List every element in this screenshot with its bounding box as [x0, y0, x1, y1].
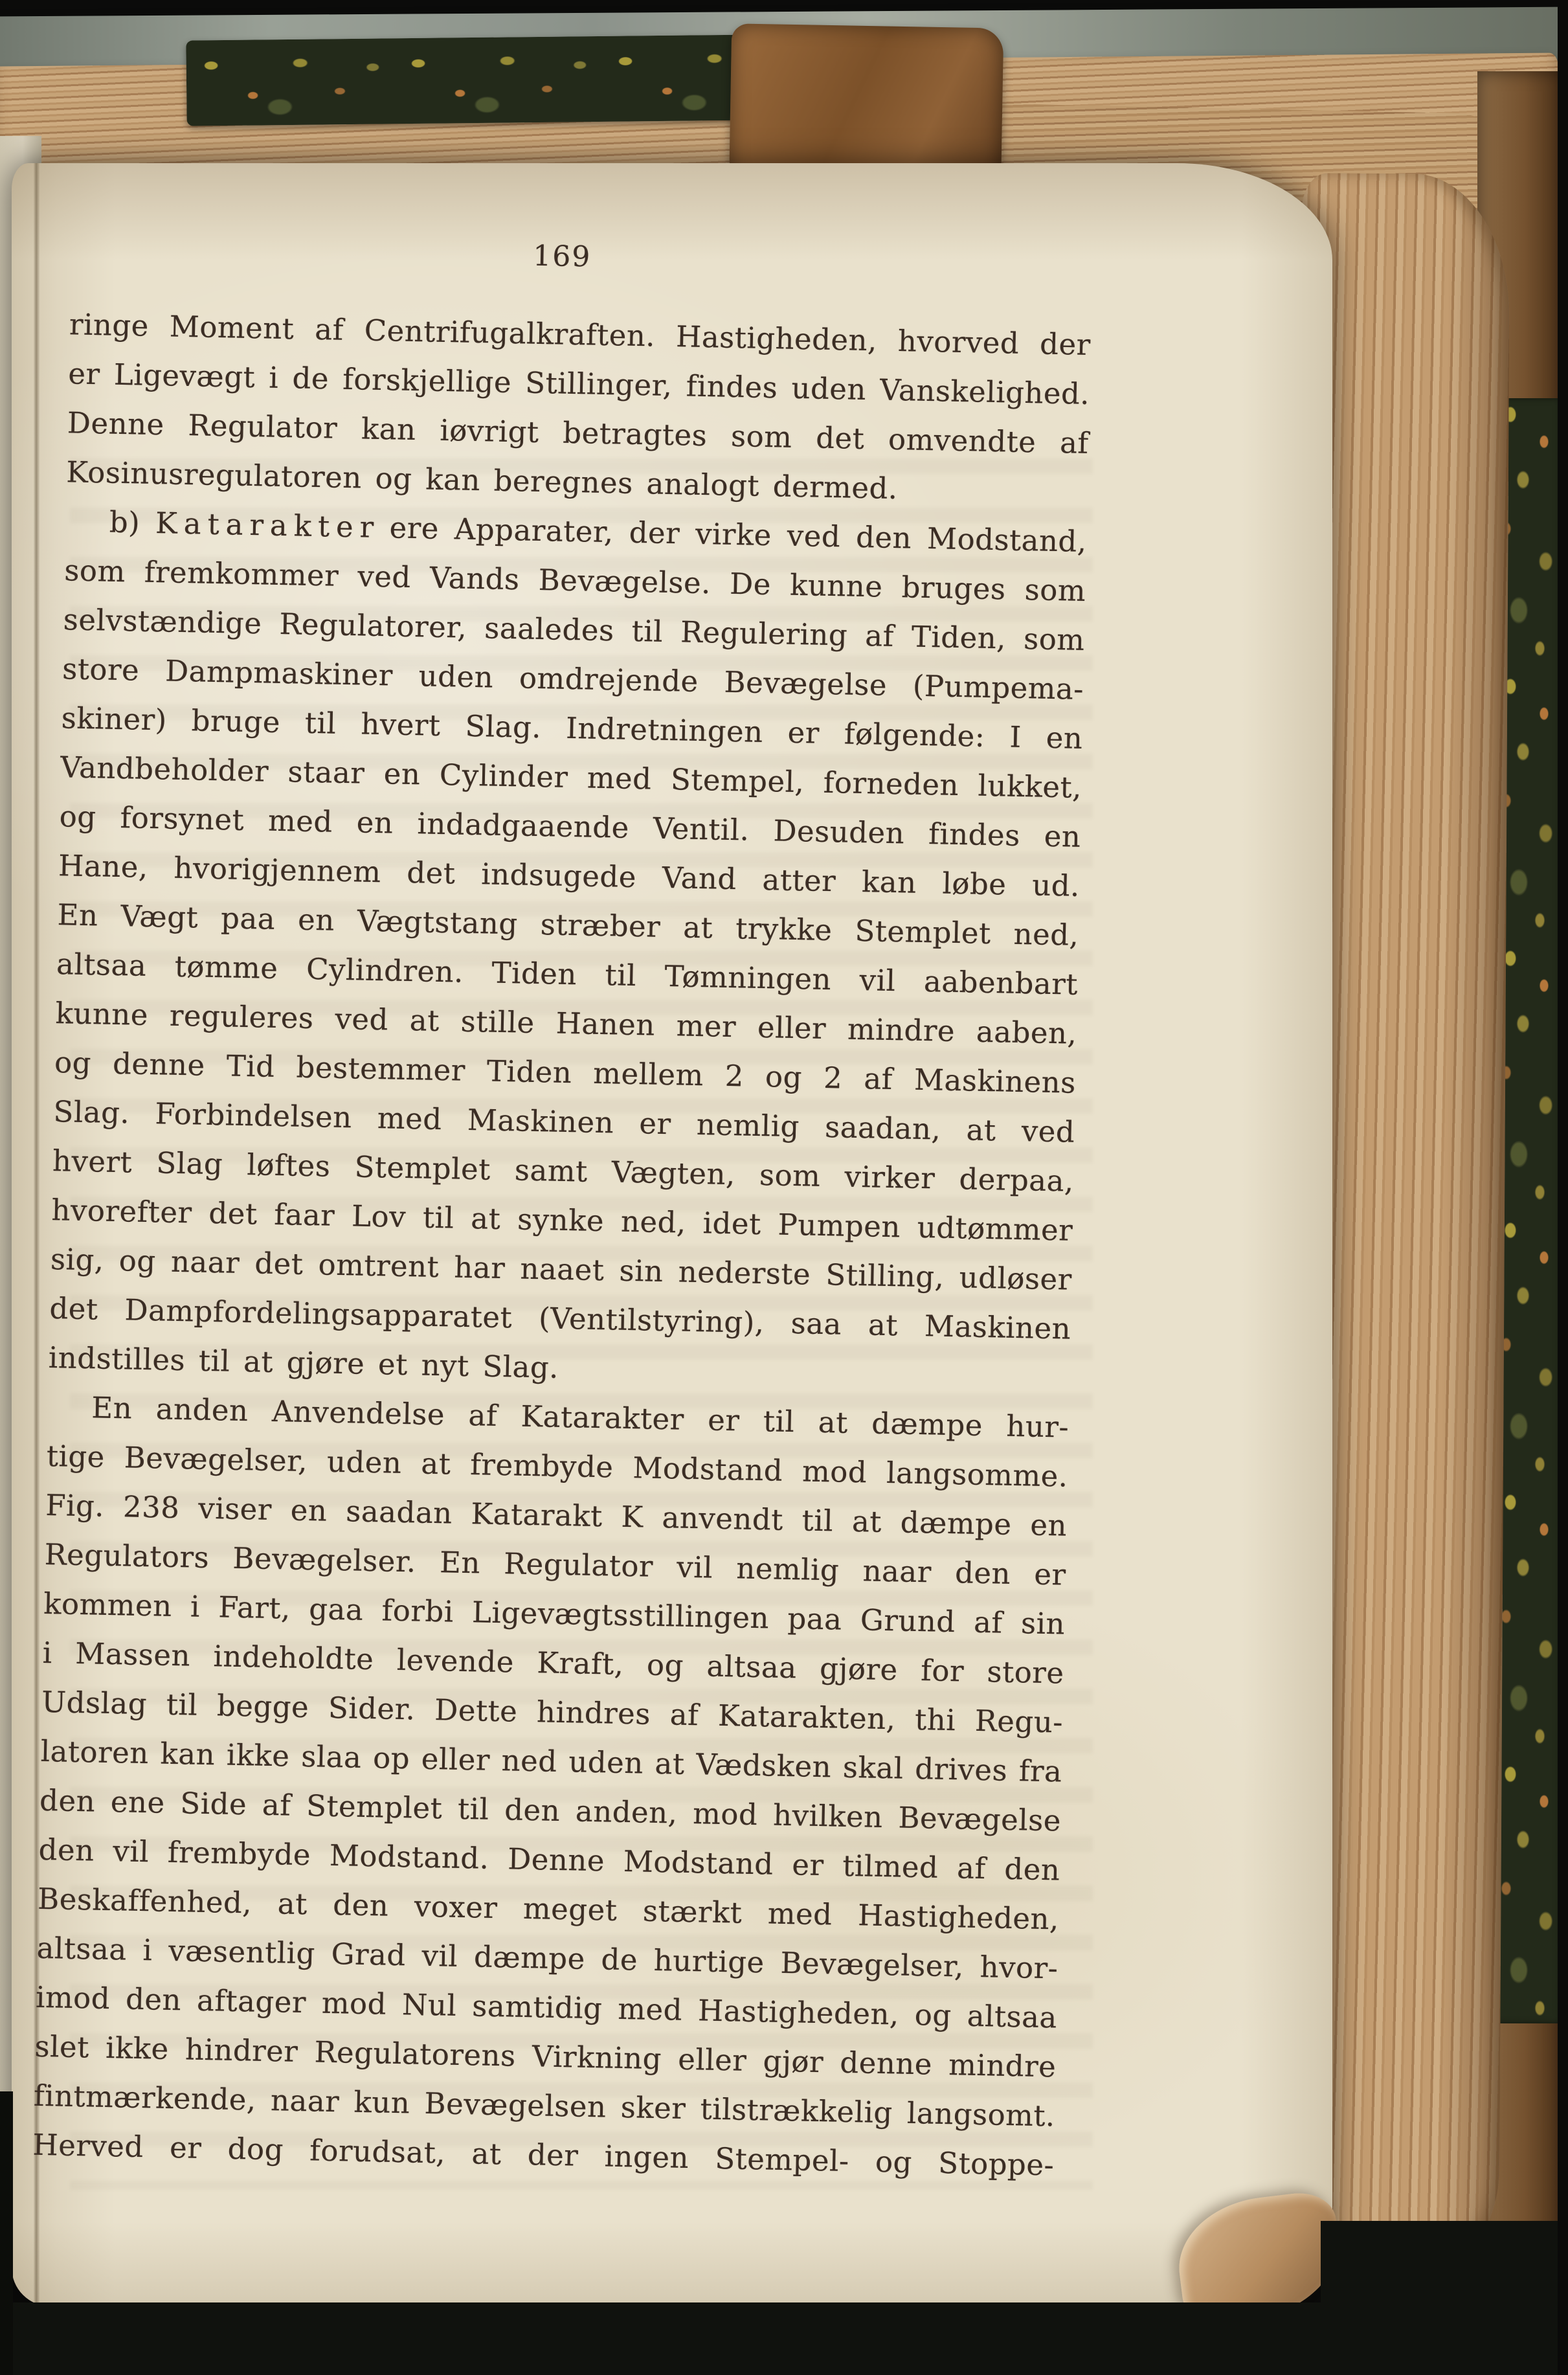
- text-block: 169 ringe Moment af Centrifugalkraften. …: [32, 227, 1093, 2190]
- scanner-background-bottom-right: [1321, 2221, 1568, 2375]
- body-text: ringe Moment af Centrifugalkraften. Hast…: [32, 300, 1092, 2190]
- top-cover-marble-strip: [186, 34, 763, 126]
- book-page: 169 ringe Moment af Centrifugalkraften. …: [12, 163, 1332, 2306]
- scanned-book-spread: 169 ringe Moment af Centrifugalkraften. …: [0, 0, 1568, 2375]
- page-number: 169: [71, 227, 1054, 286]
- scanner-background-right: [1558, 0, 1568, 2375]
- scanner-background-bottom-left: [0, 2091, 13, 2375]
